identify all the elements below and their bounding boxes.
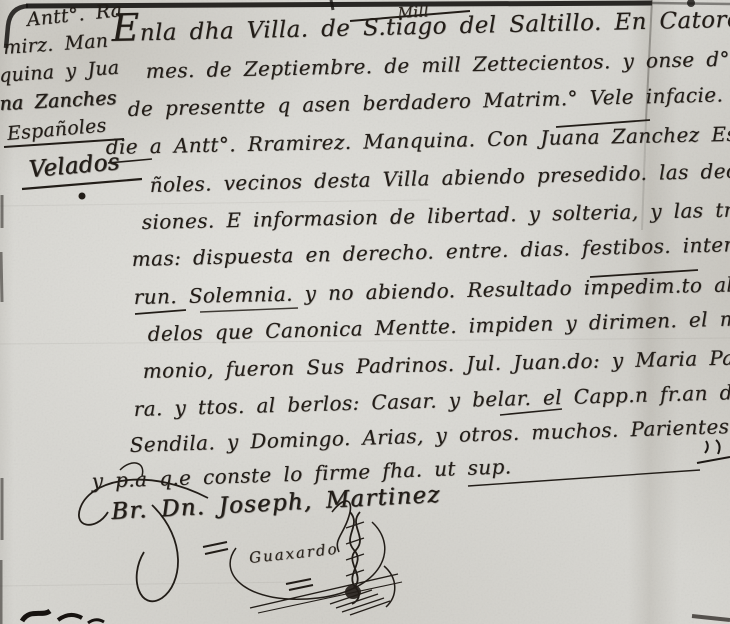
- right-edge-marks: [692, 440, 730, 620]
- margin-note-line: quina y Jua: [0, 58, 120, 87]
- underline-solemnia: [200, 308, 298, 312]
- manuscript-line: siones. E informasion de libertad. y sol…: [142, 196, 730, 233]
- manuscript-line: ra. y ttos. al berlos: Casar. y belar. e…: [133, 380, 730, 420]
- margin-note-line: Antt°. Ra: [26, 0, 123, 31]
- rubric-name: Guaxardo: [248, 541, 339, 567]
- rubric-tails: [250, 574, 402, 613]
- manuscript-line: delos que Canonica Mentte. impiden y dir…: [147, 307, 730, 345]
- manuscript-line: run. Solemnia. y no abiendo. Resultado i…: [134, 272, 730, 308]
- underline-run: [135, 310, 186, 314]
- closing-clause-line: y p.a q.e conste lo firme fha. ut sup.: [91, 455, 512, 492]
- manuscript-line: monio, fueron Sus Padrinos. Jul. Juan.do…: [143, 346, 730, 382]
- manuscript-page: Antt°. Ra mirz. Man quina y Jua na Zanch…: [0, 0, 730, 624]
- manuscript-line: mes. de Zeptiembre. de mill Zettecientos…: [146, 44, 730, 82]
- margin-note-line: na Zanches: [0, 88, 117, 115]
- bottom-cutoff-strokes: [22, 611, 104, 623]
- ink-dot: [79, 193, 86, 200]
- manuscript-line: mas: dispuesta en derecho. entre. dias. …: [131, 232, 730, 270]
- rubric-braid: [345, 512, 364, 604]
- manuscript-line: die a Antt°. Rramirez. Manquina. Con Jua…: [106, 122, 730, 158]
- margin-note-line: mirz. Man: [3, 31, 109, 59]
- left-edge-marks: [1, 195, 2, 624]
- rubric-hatch: [330, 566, 395, 615]
- manuscript-line: Sendila. y Domingo. Arias, y otros. much…: [129, 415, 729, 456]
- manuscript-line: de presentte q asen berdadero Matrim.° V…: [127, 82, 730, 120]
- margin-note-line: Españoles: [6, 115, 107, 144]
- manuscript-line: ñoles. vecinos desta Villa abiendo prese…: [149, 158, 730, 196]
